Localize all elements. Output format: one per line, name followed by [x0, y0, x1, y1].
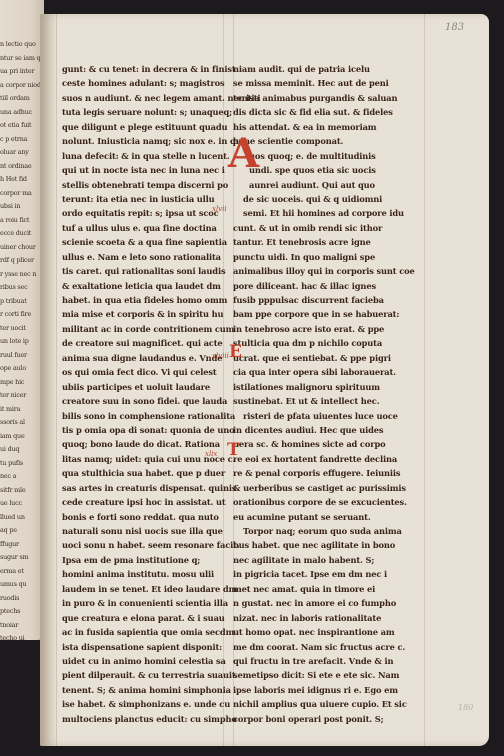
text-line: uos quoq; e. de multitudinis	[233, 149, 428, 163]
text-line: Torpor naq; eorum quo suda anima	[233, 524, 428, 538]
text-line: de sic uoceis. qui & q uidiomni	[233, 192, 428, 206]
left-page-text-line: tiil ordam	[0, 94, 30, 102]
margin-note: xlix	[205, 450, 217, 458]
folio-number: 183	[445, 22, 464, 33]
left-page-text-line: n lectio quo	[0, 40, 36, 48]
text-line: re & penal corporis effugere. Ieiuniis	[233, 466, 428, 480]
left-page-text-line: sitfr mle	[0, 486, 25, 494]
text-line: naturali sonu nisi uocis sue illa que	[62, 524, 234, 538]
text-line: stulticia qua dm p nichilo coputa	[233, 336, 428, 350]
text-line: istilationes malignoru spirituum	[233, 380, 428, 394]
left-page-edge: n lectio quontur se iam quoua pri intera…	[0, 0, 44, 640]
margin-note: xlvii	[212, 205, 227, 213]
text-line: corpor boni operari post ponit. S;	[233, 712, 428, 726]
left-page-text-line: a roiu fict	[0, 216, 29, 224]
text-line: cede creature ipsi hoc in assistat. ut	[62, 495, 234, 509]
left-page-text-line: erma et	[0, 567, 24, 575]
decorated-initial-a: A	[228, 130, 259, 177]
left-page-text-line: un lote ip	[0, 337, 29, 345]
text-line: punctu uidi. In quo maligni spe	[233, 250, 428, 264]
left-page-text-line: a corpor niod	[0, 81, 41, 89]
text-line: risteri de pfata uiuentes luce uoce	[233, 409, 428, 423]
text-line: n gustat. nec in amore ei co fumpho	[233, 596, 428, 610]
text-line: tis caret. qui rationalitas soni laudis	[62, 264, 234, 278]
text-line: & exaltatione leticia qua laudet dm	[62, 279, 234, 293]
text-line: aunrei audiunt. Qui aut quo	[233, 178, 428, 192]
text-line: creatore suu in sono fidei. que lauda	[62, 394, 234, 408]
text-line: in tenebroso acre isto erat. & ppe	[233, 322, 428, 336]
text-line: qui ut in nocte ista nec in luna nec i	[62, 163, 234, 177]
text-line: multociens planctus educit: cu simpho	[62, 712, 234, 726]
text-line: ut homo opat. nec inspirantione am	[233, 625, 428, 639]
text-line: ista dispensatione sapient disponit:	[62, 640, 234, 654]
left-page-text-line: ua pri inter	[0, 67, 34, 75]
text-line: terunt: ita etia nec in iusticia ullu	[62, 192, 234, 206]
text-line: se missa meminit. Hec aut de peni	[233, 76, 428, 90]
left-page-text-line: ot etia fuit	[0, 121, 31, 129]
left-page-text-line: iam que	[0, 432, 25, 440]
left-page-text-line: ui duq	[0, 445, 19, 453]
text-line: tenent. S; & anima homini simphonia	[62, 683, 234, 697]
text-line: gunt: & cu tenet: in decrera & in finist	[62, 62, 234, 76]
text-line: semi. Et hii homines ad corpore idu	[233, 206, 428, 220]
text-line: dis dicta sic & fid elia sut. & fideles	[233, 105, 428, 119]
text-line: in puro & in conuenienti scientia illa	[62, 596, 234, 610]
text-line: pient dilperauit. & cu terrestria suauit	[62, 668, 234, 682]
text-line: homini anima institutu. mosu ulii	[62, 567, 234, 581]
text-line: luna defecit: & in qua stelle n lucent.	[62, 149, 234, 163]
text-column-left: gunt: & cu tenet: in decrera & in finist…	[62, 62, 234, 726]
left-page-text-line: ssoris al	[0, 418, 25, 426]
text-line: de creatore sui magnificet. qui acte	[62, 336, 234, 350]
left-page-text-line: umus qu	[0, 580, 26, 588]
text-line: mia mise et corporis & in spiritu hu	[62, 307, 234, 321]
text-line: nichil amplius qua uiuere cupio. Et sic	[233, 697, 428, 711]
left-page-text-line: ecce ducit	[0, 229, 31, 237]
text-line: militant ac in corde contritionem cum	[62, 322, 234, 336]
left-page-text-line: ter uocit	[0, 324, 26, 332]
text-line: tantur. Et tenebrosis acre igne	[233, 235, 428, 249]
text-line: cunt. & ut in omib rendi sic ithor	[233, 221, 428, 235]
left-page-text-line: r corti fire	[0, 310, 31, 318]
text-line: sas artes in creaturis dispensat. quinis	[62, 481, 234, 495]
left-page-text-line: ruodis	[0, 594, 19, 602]
text-line: ceste homines adulant: s; magistros	[62, 76, 234, 90]
text-line: orationibus corpore de se excucientes.	[233, 495, 428, 509]
decorated-initial-e: E	[229, 342, 242, 362]
left-page-text-line: ffugur	[0, 540, 19, 548]
text-line: animalibus illoy qui in corporis sunt co…	[233, 264, 428, 278]
left-page-text-line: aq pe	[0, 526, 17, 534]
text-line: ipse laboris mei idignus ri e. Ego em	[233, 683, 428, 697]
text-line: tuta legis seruare nolunt: s; unaqueq;	[62, 105, 234, 119]
text-line: ac in fusida sapientia que omia secdm	[62, 625, 234, 639]
left-page-text-line: una adhuc	[0, 108, 32, 116]
text-line: qua stulthicia sua habet. que p duer	[62, 466, 234, 480]
text-line: ise habet. & simphonizans e. unde cu	[62, 697, 234, 711]
left-page-text-line: r ysse nec n	[0, 270, 36, 278]
left-page-text-line: tu pufis	[0, 459, 23, 467]
left-page-text-line: nec a	[0, 472, 16, 480]
decorated-initial-t: T	[227, 440, 240, 460]
text-line: me dm coorat. Nam sic fructus acre c.	[233, 640, 428, 654]
text-line: bus habet. que nec agilitate in bono	[233, 538, 428, 552]
text-column-right: niam audit. qui de patria iceluse missa …	[233, 62, 428, 726]
text-line: ubiis participes et uoluit laudare	[62, 380, 234, 394]
text-line: fusib pppulsac discurrent facieba	[233, 293, 428, 307]
text-line: undi. spe quos etia sic uocis	[233, 163, 428, 177]
text-line: nolunt. Iniusticia namq; sic nox e. in q…	[62, 134, 234, 148]
left-page-text-line: rdf q plicer	[0, 256, 34, 264]
text-line: que creatura e elona parat. & i suau	[62, 611, 234, 625]
text-line: habet. in qua etia fideles homo omm	[62, 293, 234, 307]
text-line: niam audit. qui de patria icelu	[233, 62, 428, 76]
text-line: tuf a ullus ulus e. qua fine doctina	[62, 221, 234, 235]
left-page-text-line: ptechs	[0, 607, 20, 615]
text-line: eu acumine putant se seruant.	[233, 510, 428, 524]
text-line: nec agilitate in malo habent. S;	[233, 553, 428, 567]
text-line: in dicentes audiui. Hec que uides	[233, 423, 428, 437]
text-line: qui fructu in tre arefacit. Vnde & in	[233, 654, 428, 668]
left-page-text-line: sugur sm	[0, 553, 28, 561]
left-page-text-line: ribus sec	[0, 283, 27, 291]
text-line: os qui omia fect dico. Vi qui celest	[62, 365, 234, 379]
text-line: suos n audiunt. & nec legem amant. nec i…	[62, 91, 234, 105]
text-line: scienie scoeta & a qua fine sapientia	[62, 235, 234, 249]
text-line: sustinebat. Et ut & intellect hec.	[233, 394, 428, 408]
text-line: pore diliceant. hac & illac ignes	[233, 279, 428, 293]
text-line: que diligunt e plege estituunt quadu	[62, 120, 234, 134]
left-page-text-line: tnoiar	[0, 621, 18, 629]
text-line: his attendat. & ea in memoriam	[233, 120, 428, 134]
page-gutter	[40, 14, 58, 746]
left-page-text-line: nt ordinae	[0, 162, 31, 170]
left-page-text-line: uiner chour	[0, 243, 36, 251]
margin-note: xlviii	[212, 352, 229, 360]
text-line: nizat. nec in laboris rationalitate	[233, 611, 428, 625]
text-line: tentia animabus purgandis & saluan	[233, 91, 428, 105]
text-line: uera sc. & homines sicte ad corpo	[233, 437, 428, 451]
left-page-text-line: ruul fuer	[0, 351, 27, 359]
text-line: stellis obtenebrati tempa discerni po	[62, 178, 234, 192]
text-line: cia qua inter opera sibi laborauerat.	[233, 365, 428, 379]
text-line: ucrat. que ei sentiebat. & ppe pigri	[233, 351, 428, 365]
text-line: uoci sonu n habet. seem resonare facit.	[62, 538, 234, 552]
left-page-text-line: ope aulo	[0, 364, 26, 372]
text-line: semetipso dicit: Si ete e ete sic. Nam	[233, 668, 428, 682]
text-line: bam ppe corpore que in se habuerat:	[233, 307, 428, 321]
left-page-text-line: h Het fid	[0, 175, 27, 183]
text-line: bone scientie componat.	[233, 134, 428, 148]
left-page-text-line: p tribuat	[0, 297, 27, 305]
text-line: in pigricia tacet. Ipse em dm nec i	[233, 567, 428, 581]
text-line: bonis e forti sono reddat. qua nuto	[62, 510, 234, 524]
text-line: anima sua digne laudandus e. Vnde	[62, 351, 234, 365]
text-line: met nec amat. quia in timore ei	[233, 582, 428, 596]
left-page-text-line: llued un	[0, 513, 25, 521]
left-page-text-line: ue lucc	[0, 499, 22, 507]
text-line: & uerberibus se castiget ac purissimis	[233, 481, 428, 495]
left-page-text-line: it mira	[0, 405, 20, 413]
left-page-text-line: ter nicer	[0, 391, 26, 399]
text-line: bilis sono in comphensione rationalita	[62, 409, 234, 423]
shelf-mark: 180	[458, 703, 473, 712]
text-line: tis p omia opa di sonat: quonia de uno	[62, 423, 234, 437]
left-page-text-line: techo ui	[0, 634, 24, 640]
text-line: Ipsa em de pma institutione q;	[62, 553, 234, 567]
left-page-text-line: c p etrna	[0, 135, 27, 143]
left-page-text-line: mpe hic	[0, 378, 24, 386]
left-page-text-line: ntur se iam quo	[0, 54, 44, 62]
left-page-text-line: oluar any	[0, 148, 29, 156]
left-page-text-line: corpor ma	[0, 189, 32, 197]
left-page-text-line: ubsi in	[0, 202, 20, 210]
text-line: re eoi ex hortatent fandrette declina	[233, 452, 428, 466]
text-line: ordo equitatis repit: s; ipsa ut scoc	[62, 206, 234, 220]
text-line: laudem in se tenet. Et ideo laudare dm	[62, 582, 234, 596]
text-line: uidet cu in animo homini celestia sa	[62, 654, 234, 668]
text-line: ullus e. Nam e leto sono rationalita	[62, 250, 234, 264]
